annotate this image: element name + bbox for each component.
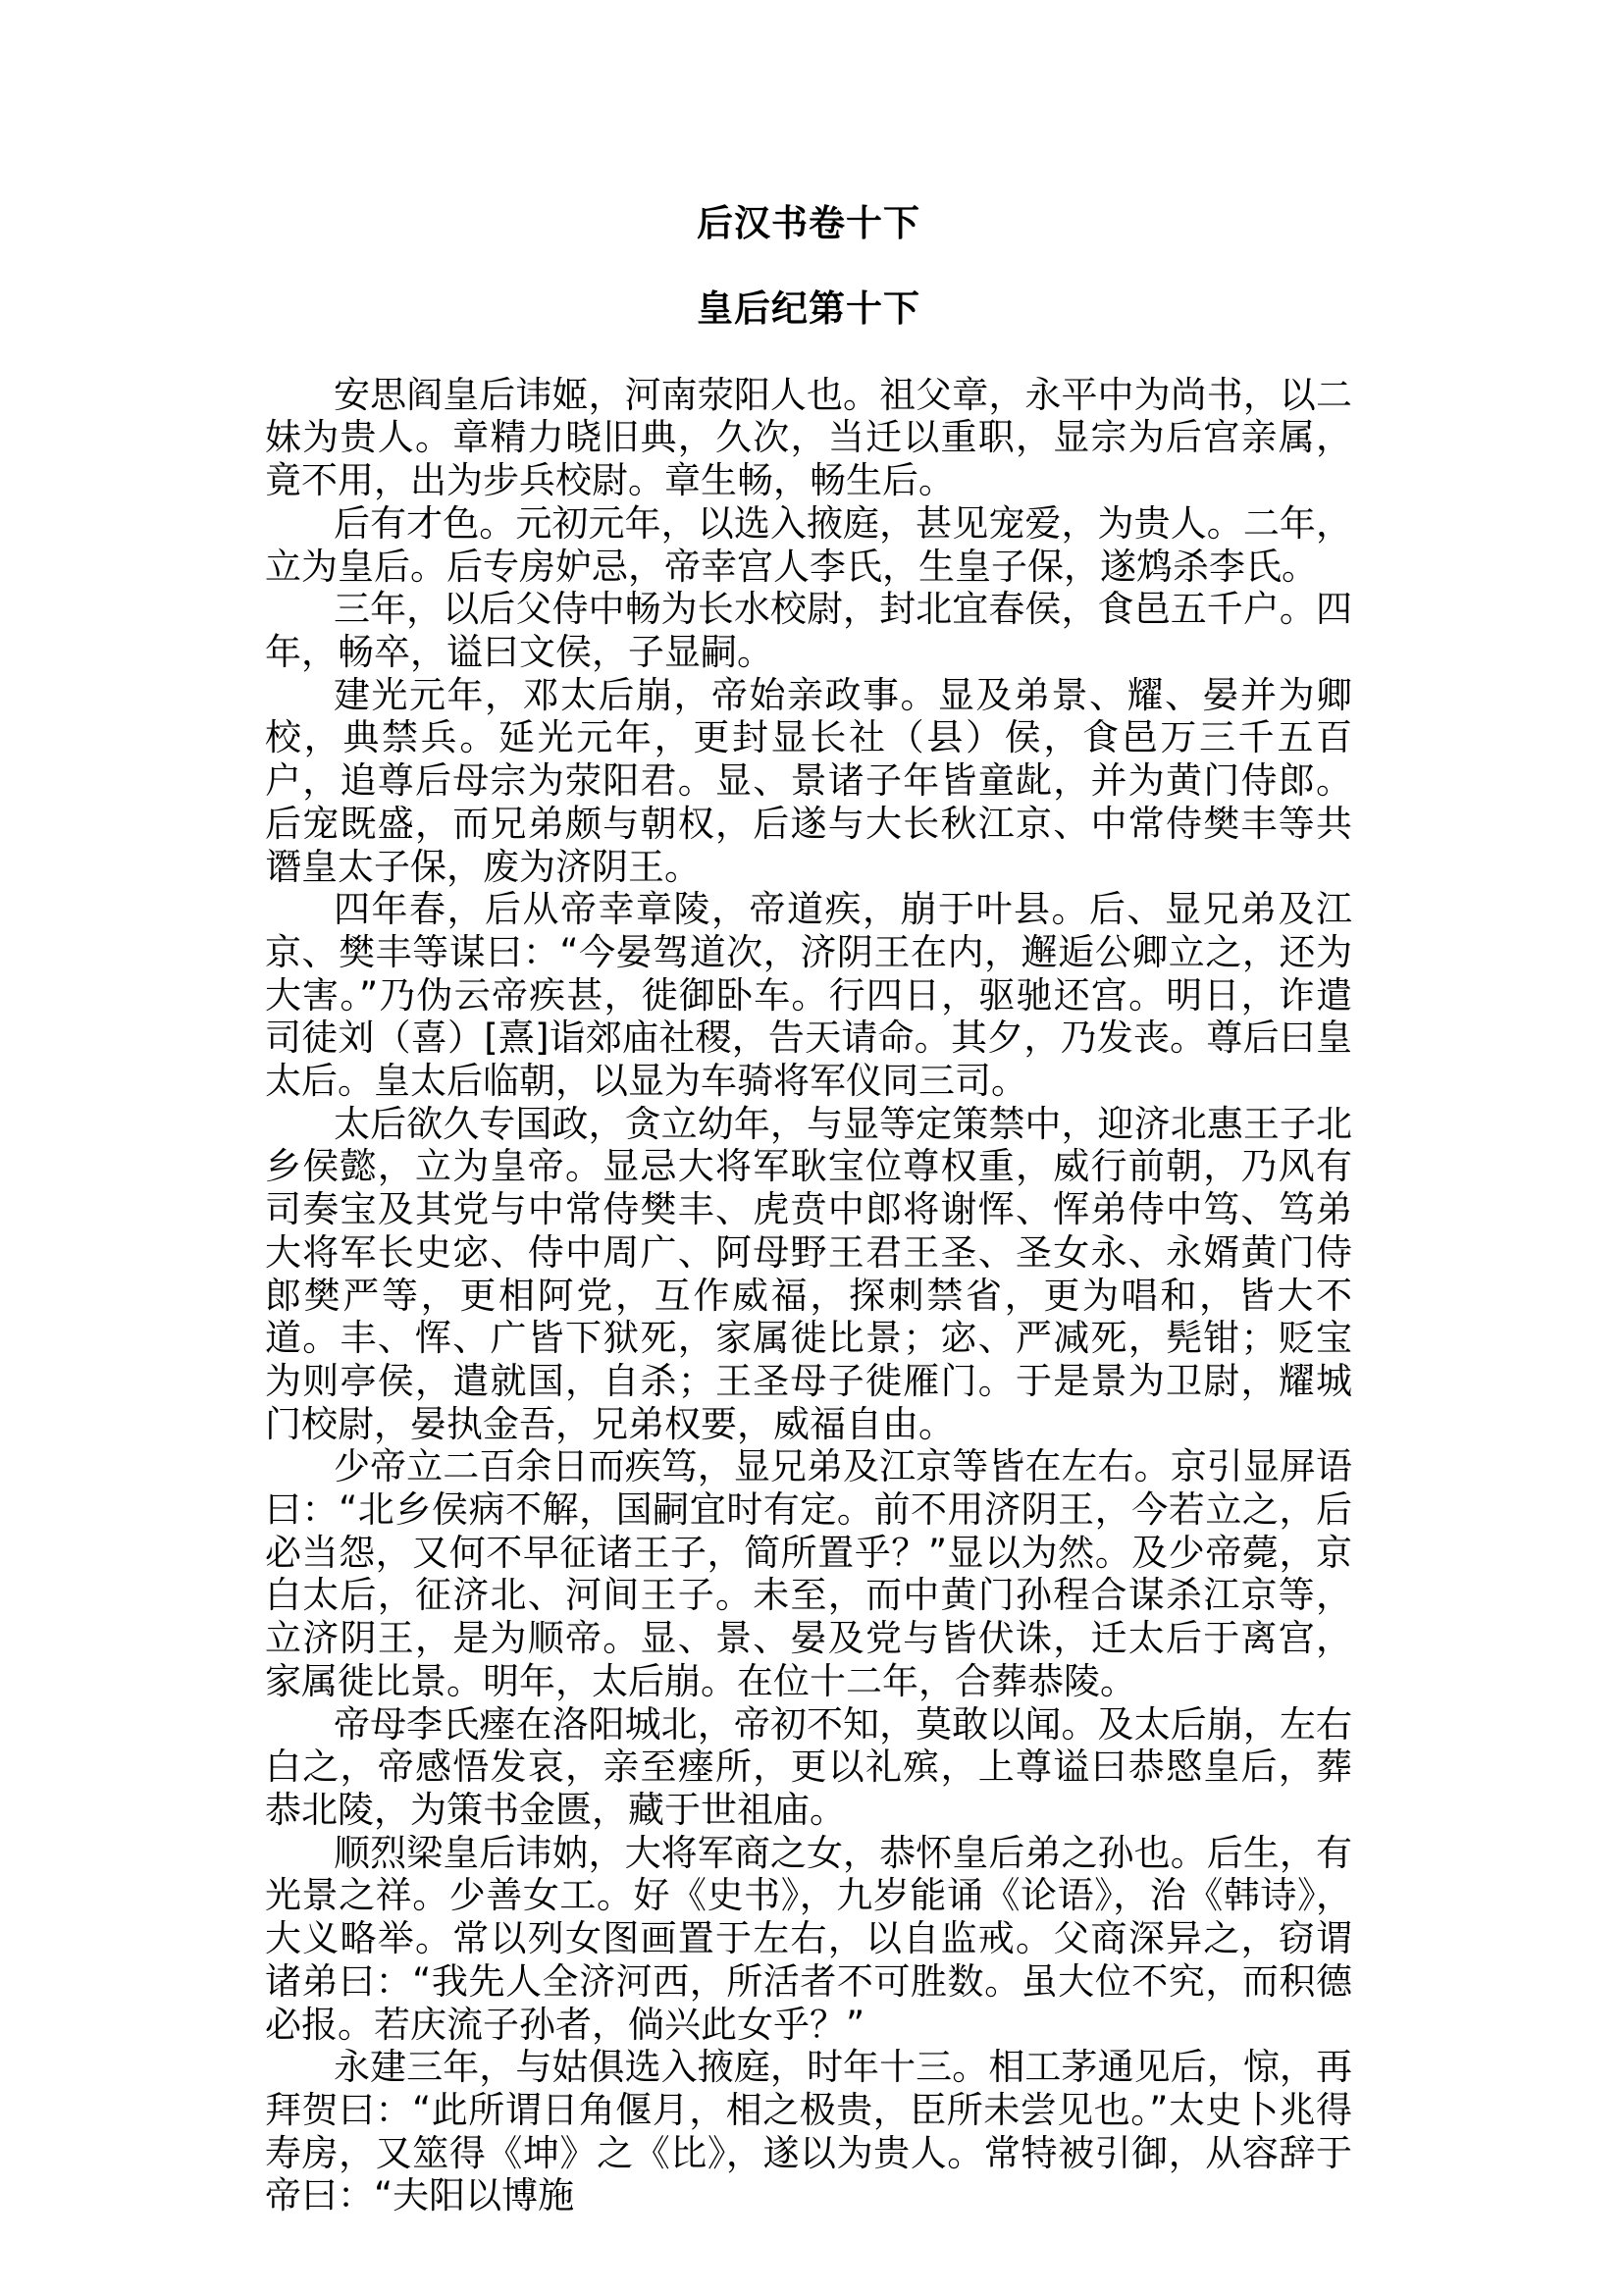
paragraph: 少帝立二百余日而疾笃，显兄弟及江京等皆在左右。京引显屏语曰：“北乡侯病不解，国嗣… [265,1445,1352,1702]
document-page: 后汉书卷十下 皇后纪第十下 安思阎皇后讳姬，河南荥阳人也。祖父章，永平中为尚书，… [0,0,1624,2294]
paragraph: 顺烈梁皇后讳妠，大将军商之女，恭怀皇后弟之孙也。后生，有光景之祥。少善女工。好《… [265,1832,1352,2047]
paragraph: 后有才色。元初元年，以选入掖庭，甚见宠爱，为贵人。二年，立为皇后。后专房妒忌，帝… [265,502,1352,588]
paragraph: 永建三年，与姑俱选入掖庭，时年十三。相工茅通见后，惊，再拜贺曰：“此所谓日角偃月… [265,2046,1352,2217]
document-body: 安思阎皇后讳姬，河南荥阳人也。祖父章，永平中为尚书，以二妹为贵人。章精力晓旧典，… [265,374,1352,2217]
chapter-title: 后汉书卷十下 [265,202,1352,245]
paragraph: 帝母李氏瘗在洛阳城北，帝初不知，莫敢以闻。及太后崩，左右白之，帝感悟发哀，亲至瘗… [265,1703,1352,1832]
paragraph: 四年春，后从帝幸章陵，帝道疾，崩于叶县。后、显兄弟及江京、樊丰等谋曰：“今晏驾道… [265,888,1352,1103]
paragraph: 安思阎皇后讳姬，河南荥阳人也。祖父章，永平中为尚书，以二妹为贵人。章精力晓旧典，… [265,374,1352,502]
paragraph: 太后欲久专国政，贪立幼年，与显等定策禁中，迎济北惠王子北乡侯懿，立为皇帝。显忌大… [265,1103,1352,1446]
paragraph: 建光元年，邓太后崩，帝始亲政事。显及弟景、耀、晏并为卿校，典禁兵。延光元年，更封… [265,674,1352,889]
section-title: 皇后纪第十下 [265,287,1352,331]
paragraph: 三年，以后父侍中畅为长水校尉，封北宜春侯，食邑五千户。四年，畅卒，谥曰文侯，子显… [265,588,1352,673]
